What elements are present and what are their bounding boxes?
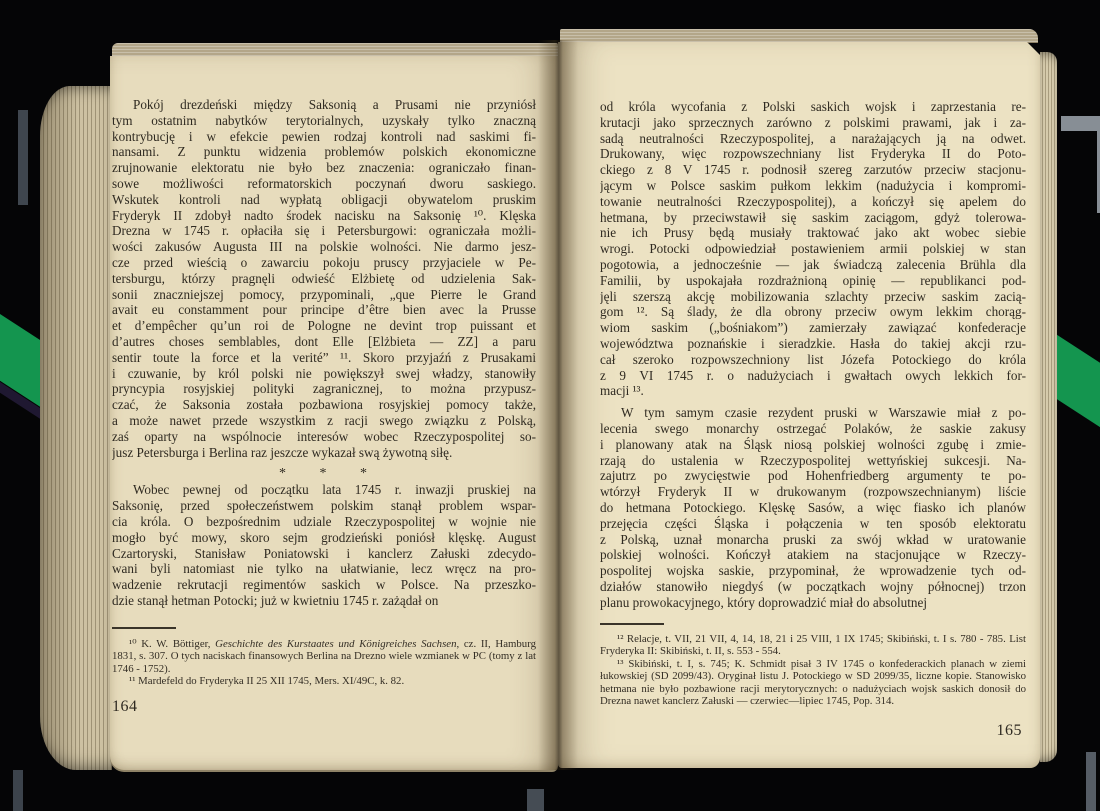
text-line: a może nawet przede wszystkim z racji sw… (112, 413, 536, 429)
text-line: cał szeroko rozpowszechniony list Józefa… (600, 352, 1026, 368)
text-line: od króla wycofania z Polski saskich wojs… (600, 99, 1026, 115)
text-line: województwa poznańskie i sieradzkie. Has… (600, 336, 1026, 352)
text-line: Czartoryski, Stanisław Poniatowski i kan… (112, 546, 536, 562)
paragraph: Wobec pewnej od początku lata 1745 r. in… (112, 482, 536, 608)
text-line: macji ¹³. (600, 383, 1026, 399)
text-line: hetmana, by przeciwstawił się saskim zac… (600, 210, 1026, 226)
text-line: wadzenie rekrutacji regimentów saskich w… (112, 577, 536, 593)
corner-bar-top-left (18, 110, 28, 205)
corner-bar-bottom-left (13, 770, 23, 811)
text-line: et d’empêcher qu’un roi de Pologne ne de… (112, 318, 536, 334)
footnote-rule (600, 623, 664, 625)
text-line: tersburgu, którzy pragnęli odwieść Elżbi… (112, 271, 536, 287)
page-top-edge-left (112, 43, 558, 57)
text-line: do hetmana Potockiego. Klęskę Sasów, a w… (600, 500, 1026, 516)
footnote: ¹¹ Mardefeld do Fryderyka II 25 XII 1745… (112, 675, 536, 688)
paragraph: od króla wycofania z Polski saskich wojs… (600, 99, 1026, 399)
text-line: nansami. Z punktu widzenia problemów pol… (112, 144, 536, 160)
text-line: z Polską, uznał monarcha pruski za swój … (600, 532, 1026, 548)
text-line: Saksonię, przed społeczeństwem polskim s… (112, 498, 536, 514)
text-line: d’autres choses semblables, dont Elle [E… (112, 334, 536, 350)
page-top-edge-right (560, 29, 1038, 43)
text-line: z 9 VI 1745 r. o nadużyciach i gwałtach … (600, 368, 1026, 384)
text-line: zaś oparty na wspólnocie interesów wobec… (112, 429, 536, 445)
text-line: sadą neutralności Rzeczypospolitej, a na… (600, 131, 1026, 147)
footnote-text: ¹¹ Mardefeld do Fryderyka II 25 XII 1745… (129, 675, 404, 687)
text-line: jęli szerszą akcję mobilizowania szlacht… (600, 289, 1026, 305)
text-line: sowe możliwości reformatorskich poczynań… (112, 176, 536, 192)
text-line: wtórzył Fryderyk II w drukowanym (rozpow… (600, 484, 1026, 500)
text-line: Wskutek kontroli nad wypłatą obligacji o… (112, 192, 536, 208)
text-line: wrogi. Potocki odpowiedział postawieniem… (600, 241, 1026, 257)
text-line: towanie neutralności Rzeczypospolitej), … (600, 194, 1026, 210)
text-line: krutacji jako sprzecznych zarówno z pols… (600, 115, 1026, 131)
text-line: zajutrz po zwycięstwie pod Hohenfriedber… (600, 468, 1026, 484)
text-line: działów stanowiło niegdyś (w początkach … (600, 579, 1026, 595)
bottom-center-tab (527, 789, 544, 811)
text-line: sonii znaczniejszej pomocy, przypominali… (112, 287, 536, 303)
right-page-footnotes: ¹² Relacje, t. VII, 21 VII, 4, 14, 18, 2… (600, 633, 1026, 709)
text-line: cia króla. O bezpośrednim udziale Rzeczy… (112, 514, 536, 530)
text-line: jącym w Polsce saskim pułkom lekkim (nad… (600, 178, 1026, 194)
text-line: polskiej wolności. Kończył atakiem na st… (600, 547, 1026, 563)
text-line: nie ich Prusy będą musiały traktować jak… (600, 225, 1026, 241)
text-line: tym ostatnim nabytków terytorialnych, uz… (112, 113, 536, 129)
footnote-text: ¹³ Skibiński, t. I, s. 745; K. Schmidt p… (600, 658, 1026, 708)
left-page-body: Pokój drezdeński między Saksonią a Prusa… (112, 97, 536, 609)
text-line: Wobec pewnej od początku lata 1745 r. in… (112, 482, 536, 498)
text-line: przejęcia części Śląska i połączenia w t… (600, 516, 1026, 532)
footnote: ¹² Relacje, t. VII, 21 VII, 4, 14, 18, 2… (600, 633, 1026, 658)
text-line: wani byli natomiast nie tylko na ułatwia… (112, 561, 536, 577)
text-line: i czuwanie, by król polski nie powiększy… (112, 366, 536, 382)
paragraph: Pokój drezdeński między Saksonią a Prusa… (112, 97, 536, 460)
paragraph: W tym samym czasie rezydent pruski w War… (600, 405, 1026, 610)
text-line: ckiego z 8 V 1745 r. podnosił szereg zar… (600, 162, 1026, 178)
text-line: mogło być mowy, skoro sejm grodzieński p… (112, 530, 536, 546)
text-line: pogotowia, a jednocześnie — jak świadczą… (600, 257, 1026, 273)
text-line: sentir toute la force et la verité” ¹¹. … (112, 350, 536, 366)
text-line: czać, że Saksonia została pozbawiona ros… (112, 397, 536, 413)
footnote-text: ¹² Relacje, t. VII, 21 VII, 4, 14, 18, 2… (600, 633, 1026, 658)
text-line: pospolitej wojska saskie, przypominał, ż… (600, 563, 1026, 579)
corner-bar-bottom-right (1086, 752, 1096, 811)
page-number-left: 164 (112, 698, 536, 716)
corner-bracket-top-right (1061, 116, 1100, 213)
left-page-footnotes: ¹⁰ K. W. Böttiger, Geschichte des Kursta… (112, 638, 536, 688)
section-separator: * * * (112, 466, 536, 482)
text-line: lecenia swego monarchy ostrzegać Polaków… (600, 421, 1026, 437)
text-line: Drezna w 1745 r. opłaciła się i Petersbu… (112, 223, 536, 239)
text-line: avait eu constamment pour principe d’êtr… (112, 302, 536, 318)
footnote: ¹³ Skibiński, t. I, s. 745; K. Schmidt p… (600, 658, 1026, 708)
page-stack-fore-edge-left (40, 86, 112, 770)
footnote-rule (112, 627, 176, 629)
text-line: cze przed wieścią o zawarciu pokoju prus… (112, 255, 536, 271)
page-stack-fore-edge-right (1040, 52, 1057, 762)
text-line: Pokój drezdeński między Saksonią a Prusa… (112, 97, 536, 113)
text-line: kontrybucję i w efekcie pewien rodzaj ko… (112, 129, 536, 145)
text-line: i planowany atak na Śląsk niosą polskiej… (600, 437, 1026, 453)
text-line: Drukowany, więc rozpowszechniany list Fr… (600, 146, 1026, 162)
text-line: jusz Petersburga i Berlina raz jeszcze w… (112, 445, 536, 461)
footnote-text: ¹⁰ K. W. Böttiger, (129, 638, 215, 650)
text-line: wiom saskim („bośniakom”) zamierzały zaw… (600, 320, 1026, 336)
text-line: gom ¹². Są ślady, że dla obrony przeciw … (600, 304, 1026, 320)
text-line: wości zakusów Augusta III na polskie wol… (112, 239, 536, 255)
text-line: planu prowokacyjnego, który doprowadzić … (600, 595, 1026, 611)
text-line: zrujnowanie elektoratu nie było bez znac… (112, 160, 536, 176)
right-page-content: od króla wycofania z Polski saskich wojs… (600, 99, 1026, 740)
footnote-title-italic: Geschichte des Kurstaates und Königreich… (215, 638, 456, 650)
text-line: Familii, by uspokajała rozdrażnioną opin… (600, 273, 1026, 289)
text-line: rzają do ustalenia w Rzeczypospolitej we… (600, 453, 1026, 469)
text-line: pryncypia rosyjskiej polityki zagraniczn… (112, 381, 536, 397)
footnote: ¹⁰ K. W. Böttiger, Geschichte des Kursta… (112, 638, 536, 676)
text-line: W tym samym czasie rezydent pruski w War… (600, 405, 1026, 421)
book-scan-scene: Pokój drezdeński między Saksonią a Prusa… (0, 0, 1100, 811)
right-page-body: od króla wycofania z Polski saskich wojs… (600, 99, 1026, 611)
text-line: Fryderyk II zdobył nadto środek nacisku … (112, 208, 536, 224)
text-line: dzie stanął hetman Potocki; już w kwietn… (112, 593, 536, 609)
page-number-right: 165 (600, 722, 1026, 740)
left-page-content: Pokój drezdeński między Saksonią a Prusa… (112, 97, 536, 716)
